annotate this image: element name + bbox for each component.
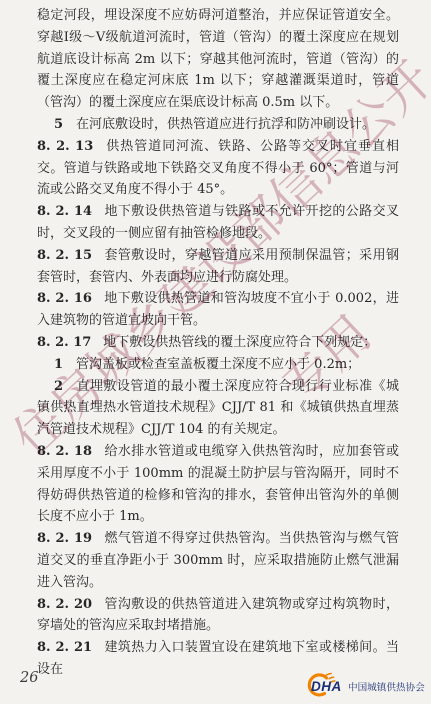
document-body: 稳定河段，埋设深度不应妨碍河道整治，并应保证管道安全。穿越Ⅰ级～Ⅴ级航道河流时，… [37,5,399,681]
paragraph: 8. 2. 14地下敷设供热管道与铁路或不允许开挖的公路交叉时，交叉段的一侧应留… [37,201,399,245]
clause-number: 8. 2. 13 [37,139,93,154]
document-page: 稳定河段，埋设深度不应妨碍河道整治，并应保证管道安全。穿越Ⅰ级～Ⅴ级航道河流时，… [0,0,431,704]
paragraph: 8. 2. 19燃气管道不得穿过供热管沟。当供热管沟与燃气管道交叉的垂直净距小于… [37,528,399,593]
clause-number: 8. 2. 16 [37,291,92,306]
clause-text: 地下敷设供热管线的覆土深度应符合下列规定： [103,335,376,350]
paragraph: 2直埋敷设管道的最小覆土深度应符合现行行业标准《城镇供热直埋热水管道技术规程》C… [37,376,399,441]
clause-text: 在河底敷设时，供热管道应进行抗浮和防冲刷设计。 [76,117,375,132]
clause-number: 8. 2. 17 [37,335,91,350]
logo-org-name: 中国城镇供热协会 [348,682,425,694]
paragraph: 8. 2. 13供热管道同河流、铁路、公路等交叉时宜垂直相交。管道与铁路或地下铁… [37,136,399,201]
clause-number: 8. 2. 19 [37,531,92,546]
paragraph: 1管沟盖板或检查室盖板覆土深度不应小于 0.2m； [37,354,399,376]
paragraph: 稳定河段，埋设深度不应妨碍河道整治，并应保证管道安全。穿越Ⅰ级～Ⅴ级航道河流时，… [37,5,399,114]
logo-abbr: DHA [311,679,342,694]
page-number: 26 [20,670,38,686]
association-logo: DHA 中国城镇供热协会 [302,672,426,698]
clause-number: 2 [54,379,63,394]
paragraph: 8. 2. 18给水排水管道或电缆穿入供热管沟时，应加套管或采用厚度不小于 10… [37,441,399,528]
clause-number: 1 [54,357,63,372]
clause-number: 8. 2. 14 [37,204,92,219]
clause-number: 5 [54,117,63,132]
clause-number: 8. 2. 18 [37,444,92,459]
paragraph: 8. 2. 20管沟敷设的供热管道进入建筑物或穿过构筑物时，穿墙处的管沟应采取封… [37,594,399,638]
paragraph: 8. 2. 16地下敷设供热管道和管沟坡度不宜小于 0.002，进入建筑物的管道… [37,288,399,332]
clause-text: 稳定河段，埋设深度不应妨碍河道整治，并应保证管道安全。穿越Ⅰ级～Ⅴ级航道河流时，… [37,8,399,110]
paragraph: 8. 2. 15套管敷设时，穿越管道应采用预制保温管；采用钢套管时，套管内、外表… [37,245,399,289]
clause-text: 管沟盖板或检查室盖板覆土深度不应小于 0.2m； [76,357,360,372]
clause-number: 8. 2. 15 [37,248,92,263]
clause-text: 直埋敷设管道的最小覆土深度应符合现行行业标准《城镇供热直埋热水管道技术规程》CJ… [37,379,399,438]
paragraph: 5在河底敷设时，供热管道应进行抗浮和防冲刷设计。 [37,114,399,136]
paragraph: 8. 2. 17地下敷设供热管线的覆土深度应符合下列规定： [37,332,399,354]
clause-number: 8. 2. 21 [37,640,92,655]
clause-number: 8. 2. 20 [37,597,92,612]
